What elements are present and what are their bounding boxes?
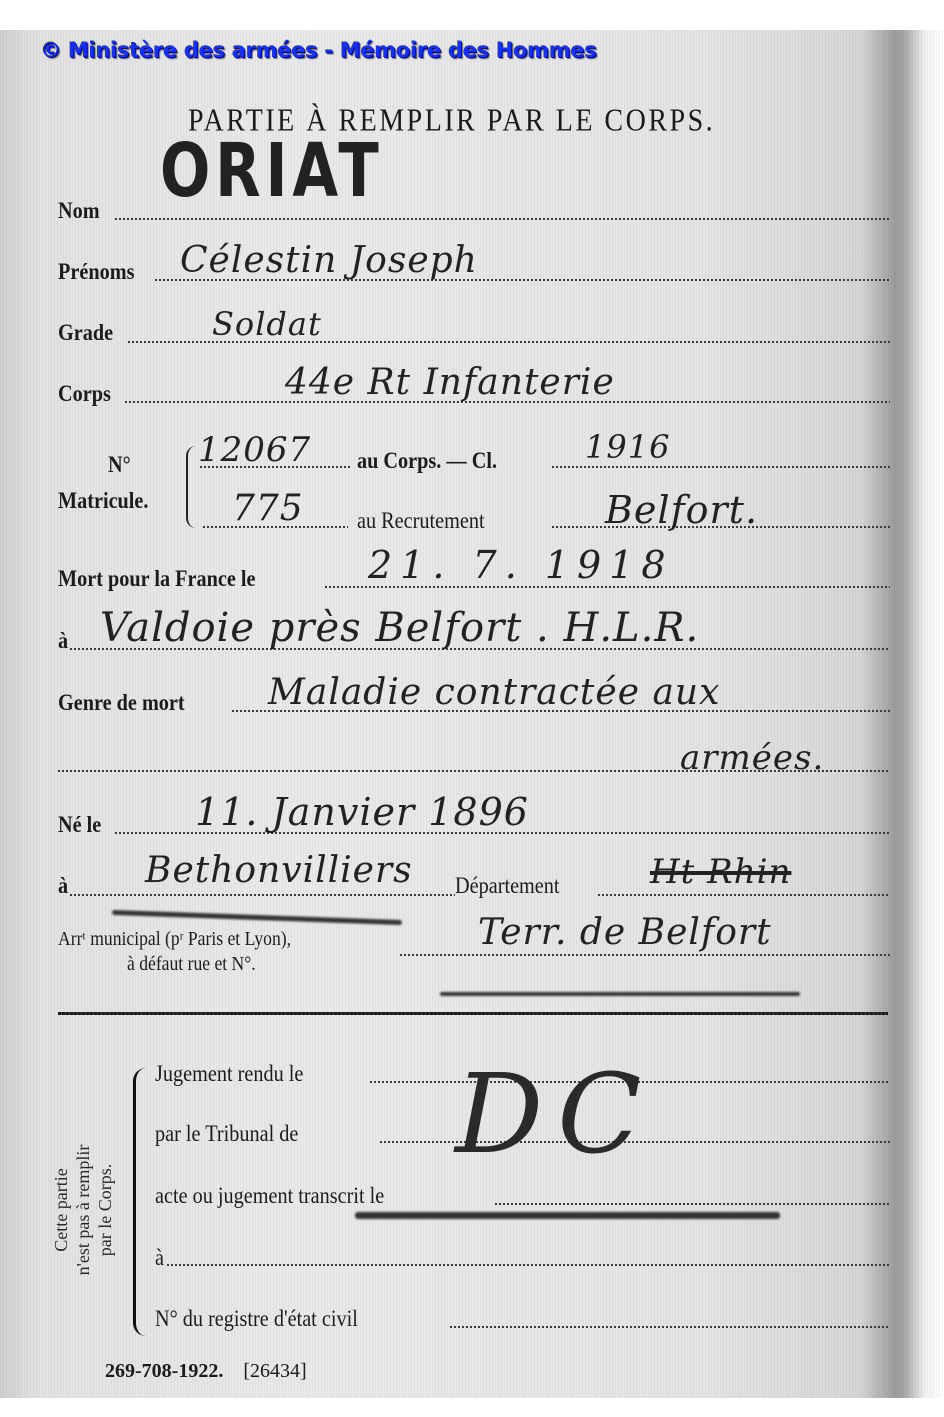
initials-annotation: DC (455, 1050, 655, 1178)
genre-de-mort-label: Genre de mort (58, 690, 185, 716)
side-note-line1: Cette partie (50, 1090, 72, 1330)
section-divider (58, 1012, 888, 1015)
transcrit-a-label: à (155, 1245, 164, 1271)
genre-de-mort-value-line2: armées. (680, 738, 824, 778)
au-recrutement-label: au Recrutement (357, 508, 485, 534)
jugement-label: Jugement rendu le (155, 1061, 303, 1087)
transcrit-dotted-line (495, 1203, 890, 1205)
side-note-line2: n'est pas à remplir (72, 1090, 94, 1330)
lower-section-brace (133, 1068, 146, 1336)
au-corps-label: au Corps. — Cl. (357, 448, 497, 474)
corps-label: Corps (58, 381, 111, 407)
recrutement-place-value: Belfort. (605, 488, 758, 532)
nom-dotted-line (115, 218, 890, 220)
ink-underline (440, 992, 800, 996)
nom-value: ORIAT (160, 128, 384, 214)
print-footer: 269-708-1922.[26434] (105, 1360, 307, 1383)
side-note: Cette partie n'est pas à remplir par le … (50, 1090, 116, 1330)
arrondissement-label-line1: Arrᵗ municipal (pʳ Paris et Lyon), (58, 928, 291, 951)
matricule-recrutement-value: 775 (232, 488, 304, 529)
classe-dotted-line (552, 466, 890, 468)
corps-value: 44e Rt Infanterie (285, 362, 615, 403)
matricule-label-no: N° (108, 452, 131, 478)
registre-dotted-line (450, 1326, 890, 1328)
prenoms-label: Prénoms (58, 259, 134, 285)
ne-a-dotted-line (70, 894, 455, 896)
ne-a-label: à (58, 873, 68, 899)
tribunal-label: par le Tribunal de (155, 1121, 298, 1147)
classe-value: 1916 (585, 428, 670, 466)
mort-a-value: Valdoie près Belfort . H.L.R. (100, 605, 699, 651)
ne-a-value: Bethonvilliers (145, 850, 413, 891)
matricule-corps-value: 12067 (198, 430, 311, 470)
arrondissement-label-line2: à défaut rue et N°. (127, 953, 256, 976)
print-reference: 269-708-1922. (105, 1360, 223, 1382)
side-note-line3: par le Corps. (94, 1090, 116, 1330)
departement-value-struck: Ht Rhin (650, 852, 791, 892)
transcrit-label: acte ou jugement transcrit le (155, 1183, 384, 1209)
departement-dotted-line (598, 894, 890, 896)
grade-value: Soldat (212, 305, 322, 343)
grade-label: Grade (58, 320, 113, 346)
departement-correction: Terr. de Belfort (478, 912, 772, 953)
registre-label: N° du registre d'état civil (155, 1306, 358, 1332)
arrondissement-dotted-line (400, 954, 890, 956)
transcrit-a-dotted-line (167, 1264, 890, 1266)
genre-de-mort-value-line1: Maladie contractée aux (268, 672, 720, 713)
ne-le-label: Né le (58, 812, 101, 838)
prenoms-value: Célestin Joseph (180, 240, 478, 281)
copyright-watermark: © Ministère des armées - Mémoire des Hom… (40, 38, 596, 62)
departement-label: Département (455, 873, 560, 899)
ink-strike (355, 1212, 780, 1219)
mort-le-label: Mort pour la France le (58, 566, 255, 592)
matricule-brace (186, 446, 196, 528)
matricule-label: Matricule. (58, 488, 148, 514)
mort-a-label: à (58, 628, 68, 654)
print-code: [26434] (243, 1360, 306, 1382)
ne-le-value: 11. Janvier 1896 (195, 790, 529, 834)
nom-label: Nom (58, 198, 100, 224)
mort-le-value: 21. 7. 1918 (368, 543, 674, 587)
